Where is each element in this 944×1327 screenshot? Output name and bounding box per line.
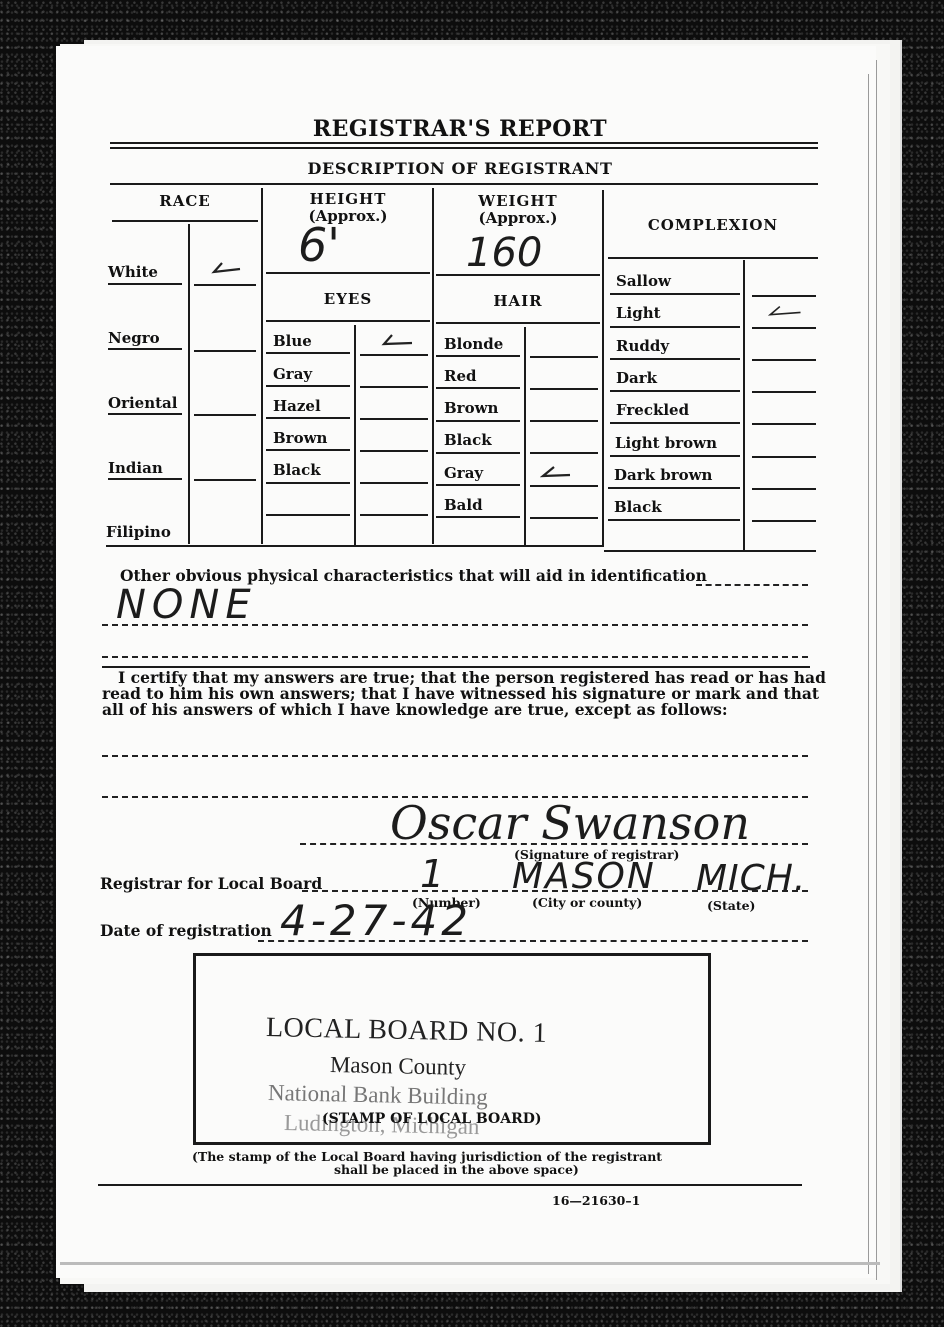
divider <box>266 320 430 322</box>
weight-header-label: WEIGHT <box>478 192 557 210</box>
divider <box>530 485 598 487</box>
checkmark-icon <box>380 334 414 346</box>
divider <box>266 417 350 419</box>
divider <box>194 414 256 416</box>
divider <box>610 358 740 360</box>
eyes-header: EYES <box>264 290 432 308</box>
column-divider <box>261 188 263 544</box>
checkmark-icon <box>540 466 574 478</box>
divider <box>266 385 350 387</box>
divider <box>752 520 816 522</box>
divider <box>108 478 182 480</box>
city-caption: (City or county) <box>532 895 642 910</box>
divider <box>266 482 350 484</box>
divider <box>194 284 256 286</box>
complexion-option-dark-brown: Dark brown <box>614 466 712 484</box>
divider <box>108 413 182 415</box>
divider <box>530 517 598 519</box>
eyes-option-brown: Brown <box>273 429 327 447</box>
stamp-line-3: National Bank Building <box>268 1080 488 1111</box>
divider <box>436 274 600 276</box>
height-approx-label: (Approx.) <box>264 208 432 225</box>
weight-approx-label: (Approx.) <box>434 210 602 227</box>
divider <box>530 388 598 390</box>
section-title: DESCRIPTION OF REGISTRANT <box>100 159 820 178</box>
checkmark-icon <box>768 305 802 317</box>
local-board-number: 1 <box>420 852 444 896</box>
divider <box>608 519 740 521</box>
weight-value: 160 <box>466 230 542 276</box>
certification-line-3: all of his answers of which I have knowl… <box>102 702 728 718</box>
dotted-line <box>102 656 808 658</box>
divider <box>752 327 816 329</box>
paper-edge <box>876 60 877 1280</box>
divider <box>752 423 816 425</box>
height-value: 6' <box>298 218 340 272</box>
hair-option-black: Black <box>444 431 492 449</box>
divider <box>194 479 256 481</box>
divider <box>436 452 520 454</box>
hair-option-brown: Brown <box>444 399 498 417</box>
local-board-city: MASON <box>512 856 656 897</box>
physical-characteristics-value: NONE <box>116 582 257 628</box>
divider <box>530 452 598 454</box>
divider <box>610 390 740 392</box>
divider <box>436 387 520 389</box>
hair-option-red: Red <box>444 367 477 385</box>
local-board-state: MICH. <box>696 858 806 899</box>
hair-option-gray: Gray <box>444 464 483 482</box>
divider <box>98 1184 802 1186</box>
divider <box>436 322 600 324</box>
divider <box>110 147 818 149</box>
signature-line <box>300 843 808 845</box>
divider <box>110 183 818 185</box>
complexion-option-light: Light <box>616 304 661 322</box>
divider <box>266 514 350 516</box>
column-divider <box>432 188 434 544</box>
divider <box>194 350 256 352</box>
divider <box>436 516 520 518</box>
divider <box>608 487 740 489</box>
eyes-option-gray: Gray <box>273 365 312 383</box>
stamp-line-1: LOCAL BOARD NO. 1 <box>266 1012 548 1050</box>
dotted-line <box>696 584 808 586</box>
divider <box>530 356 598 358</box>
divider <box>360 418 428 420</box>
dotted-line <box>102 624 808 626</box>
paper-edge <box>868 74 869 1274</box>
divider <box>610 326 740 328</box>
divider <box>436 420 520 422</box>
divider <box>436 355 520 357</box>
race-option-filipino: Filipino <box>106 523 171 541</box>
stamp-line-2: Mason County <box>330 1052 467 1081</box>
state-caption: (State) <box>707 898 755 913</box>
complexion-header: COMPLEXION <box>606 216 820 234</box>
column-divider <box>602 190 604 546</box>
divider <box>360 386 428 388</box>
divider <box>752 359 816 361</box>
divider <box>360 450 428 452</box>
divider <box>610 293 740 295</box>
race-option-white: White <box>108 263 158 281</box>
eyes-option-black: Black <box>273 461 321 479</box>
divider <box>108 283 182 285</box>
divider <box>752 488 816 490</box>
registrar-signature: Oscar Swanson <box>390 796 750 850</box>
divider <box>604 550 816 552</box>
eyes-check-divider <box>354 325 356 545</box>
checkmark-icon <box>210 262 244 274</box>
complexion-check-divider <box>743 260 745 550</box>
date-label: Date of registration <box>100 923 272 939</box>
divider <box>360 354 428 356</box>
divider <box>752 295 816 297</box>
complexion-option-light-brown: Light brown <box>615 434 717 452</box>
complexion-option-black: Black <box>614 498 662 516</box>
divider <box>436 484 520 486</box>
weight-header: WEIGHT (Approx.) <box>434 193 602 227</box>
race-option-negro: Negro <box>108 329 160 347</box>
dotted-line <box>258 940 808 942</box>
document-title: REGISTRAR'S REPORT <box>100 116 820 142</box>
hair-check-divider <box>524 327 526 547</box>
divider <box>266 449 350 451</box>
hair-option-bald: Bald <box>444 496 483 514</box>
hair-option-blonde: Blonde <box>444 335 503 353</box>
height-header-label: HEIGHT <box>310 190 387 208</box>
divider <box>112 220 258 222</box>
divider <box>360 482 428 484</box>
eyes-option-hazel: Hazel <box>273 397 321 415</box>
divider <box>266 272 430 274</box>
eyes-option-blue: Blue <box>273 332 312 350</box>
race-check-divider <box>188 224 190 544</box>
divider <box>752 391 816 393</box>
dotted-line <box>102 755 808 757</box>
local-board-label: Registrar for Local Board <box>100 876 322 892</box>
divider <box>110 142 818 144</box>
divider <box>266 352 350 354</box>
stamp-caption: (STAMP OF LOCAL BOARD) <box>322 1111 541 1127</box>
complexion-option-sallow: Sallow <box>616 272 671 290</box>
divider <box>108 348 182 350</box>
race-option-indian: Indian <box>108 459 163 477</box>
divider <box>106 545 604 547</box>
complexion-option-freckled: Freckled <box>616 401 689 419</box>
paper-edge-bottom <box>60 1262 880 1265</box>
race-header: RACE <box>110 192 260 210</box>
hair-header: HAIR <box>434 292 602 310</box>
form-number: 16—21630–1 <box>552 1193 640 1208</box>
divider <box>752 456 816 458</box>
divider <box>610 455 740 457</box>
complexion-option-dark: Dark <box>616 369 657 387</box>
divider <box>608 257 818 259</box>
complexion-option-ruddy: Ruddy <box>616 337 669 355</box>
divider <box>610 422 740 424</box>
height-header: HEIGHT (Approx.) <box>264 191 432 225</box>
race-option-oriental: Oriental <box>108 394 177 412</box>
stamp-note-line-2: shall be placed in the above space) <box>334 1162 579 1177</box>
divider <box>530 420 598 422</box>
divider <box>360 514 428 516</box>
date-value: 4-27-42 <box>280 896 472 945</box>
